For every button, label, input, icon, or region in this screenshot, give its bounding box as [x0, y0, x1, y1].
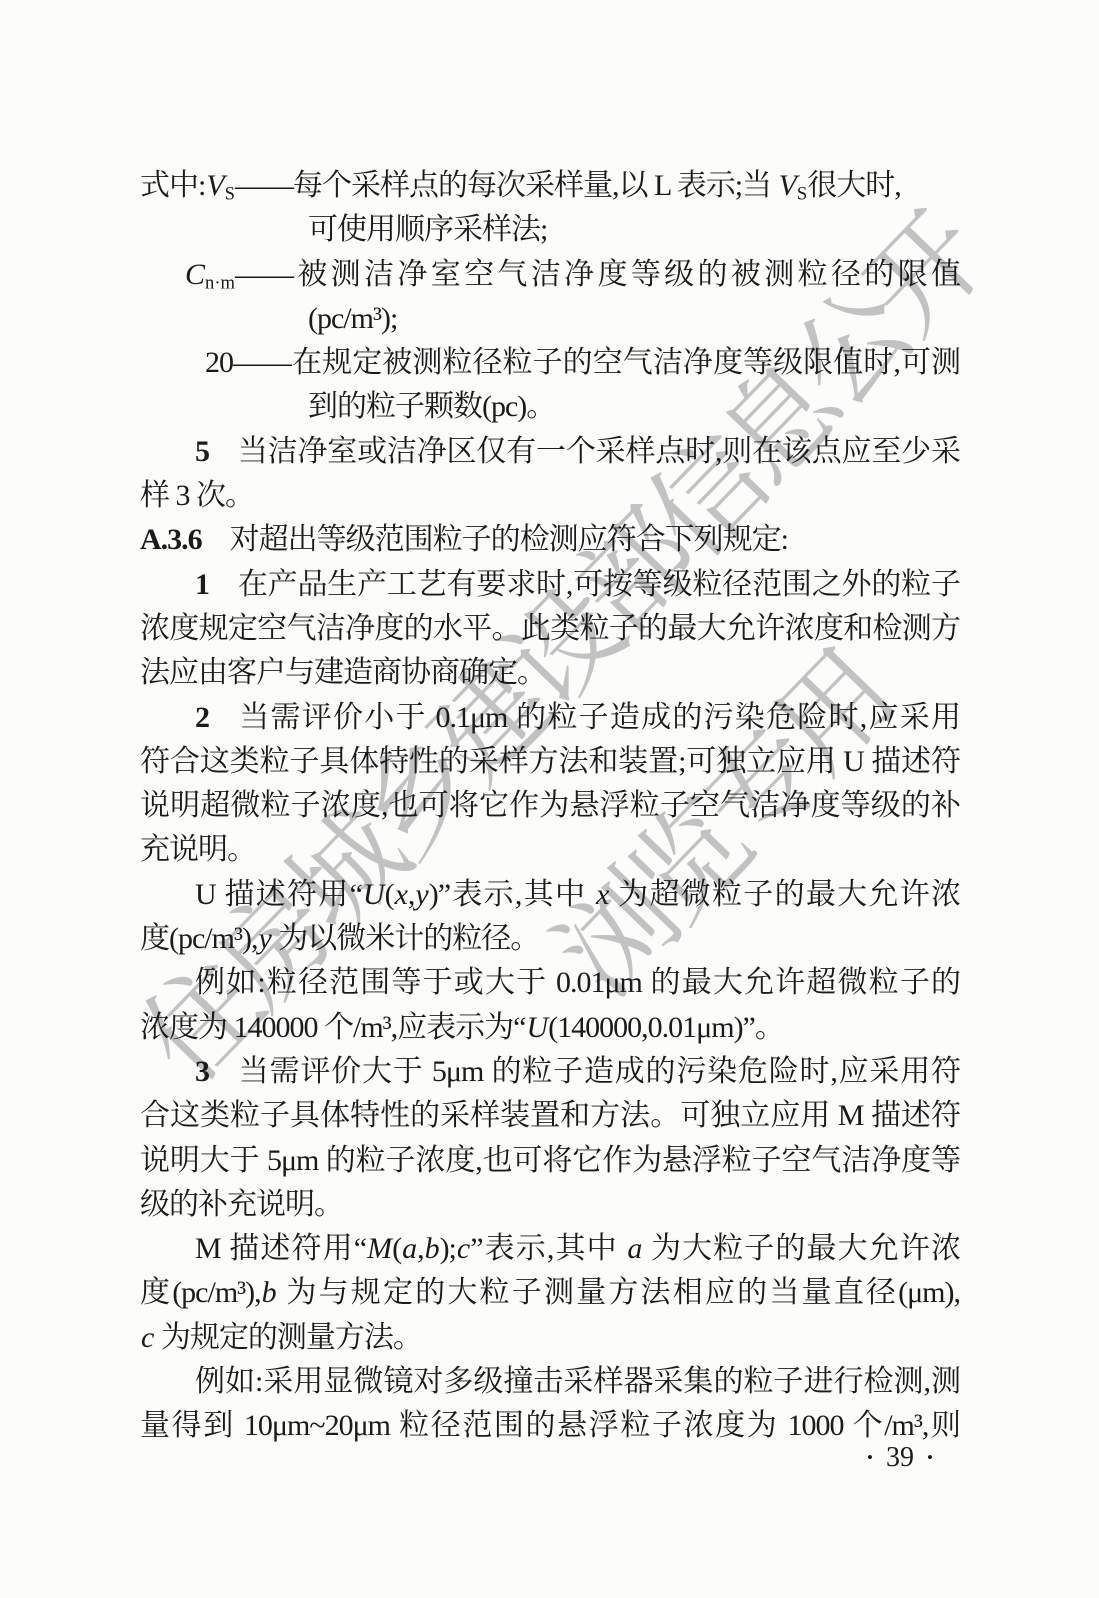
text-line: 3当需评价大于 5μm 的粒子造成的污染危险时,应采用符 [140, 1050, 960, 1094]
text-run: 被测洁净室空气洁净度等级的被测粒径的限值 [293, 258, 960, 291]
text-run: 1 [195, 568, 209, 601]
text-run: c [140, 1321, 154, 1354]
text-run: (140000,0.01μm)”。 [548, 1011, 784, 1044]
text-run: 度(pc/m³), [140, 1276, 261, 1309]
text-run: 当需评价大于 5μm 的粒子造成的污染危险时,应采用符 [237, 1055, 960, 1088]
text-run: x [394, 878, 408, 911]
text-run: 为超微粒子的最大允许浓 [609, 878, 960, 911]
text-run: 样 3 次。 [140, 479, 254, 512]
text-run: U [525, 1011, 548, 1044]
text-run: 法应由客户与建造商协商确定。 [140, 656, 546, 689]
text-run: —— [235, 169, 293, 202]
text-run: 浓度为 140000 个/m³,应表示为“ [140, 1011, 525, 1044]
text-run: 式中: [140, 169, 205, 202]
text-run: ( [385, 878, 394, 911]
text-run: S [225, 184, 235, 205]
text-run: n·m [205, 272, 235, 293]
text-line: 合这类粒子具体特性的采样装置和方法。可独立应用 M 描述符 [140, 1094, 960, 1138]
text-run: ”表示,其中 [470, 1232, 626, 1265]
text-line: 5当洁净室或洁净区仅有一个采样点时,则在该点应至少采 [140, 430, 960, 474]
text-run: x [595, 878, 609, 911]
text-run: 当需评价小于 0.1μm 的粒子造成的污染危险时,应采用 [237, 701, 960, 734]
text-run: 2 [195, 701, 209, 734]
text-run: 为与规定的大粒子测量方法相应的当量直径(μm), [277, 1276, 960, 1309]
scanned-document-page: 住房城乡建设部信息公开 浏览专用 式中:VS——每个采样点的每次采样量,以 L … [0, 0, 1099, 1598]
text-run: c [456, 1232, 470, 1265]
text-run: 说明超微粒子浓度,也可将它作为悬浮粒子空气洁净度等级的补 [140, 789, 960, 822]
text-run: U [362, 878, 385, 911]
text-line: 可使用顺序采样法; [140, 208, 960, 252]
text-run: 例如:采用显微镜对多级撞击采样器采集的粒子进行检测,测 [195, 1365, 960, 1398]
text-run: 充说明。 [140, 833, 256, 866]
text-run: y [414, 878, 428, 911]
text-line: 式中:VS——每个采样点的每次采样量,以 L 表示;当 VS很大时, [140, 164, 960, 208]
text-run: 符合这类粒子具体特性的采样方法和装置;可独立应用 U 描述符 [140, 745, 960, 778]
text-line: Cn·m——被测洁净室空气洁净度等级的被测粒径的限值 [140, 253, 960, 297]
text-run: V [205, 169, 224, 202]
page-number-dot-left: • [867, 1448, 873, 1467]
text-run: 当洁净室或洁净区仅有一个采样点时,则在该点应至少采 [237, 435, 960, 468]
text-run: 可使用顺序采样法; [308, 213, 547, 246]
text-run: A.3.6 [140, 523, 202, 556]
page-number-dot-right: • [927, 1448, 933, 1467]
text-line: A.3.6对超出等级范围粒子的检测应符合下列规定: [140, 518, 960, 562]
text-run: M 描述符用“ [195, 1232, 366, 1265]
text-run: y [257, 922, 271, 955]
text-line: 2当需评价小于 0.1μm 的粒子造成的污染危险时,应采用 [140, 696, 960, 740]
text-run: U 描述符用“ [195, 878, 362, 911]
text-line: 到的粒子颗数(pc)。 [140, 385, 960, 429]
text-line: 说明超微粒子浓度,也可将它作为悬浮粒子空气洁净度等级的补 [140, 784, 960, 828]
text-run: 到的粒子颗数(pc)。 [308, 390, 555, 423]
text-run: 为大粒子的最大允许浓 [642, 1232, 960, 1265]
text-line: 浓度规定空气洁净度的水平。此类粒子的最大允许浓度和检测方 [140, 607, 960, 651]
text-line: 浓度为 140000 个/m³,应表示为“U(140000,0.01μm)”。 [140, 1006, 960, 1050]
text-run: C [184, 258, 205, 291]
text-run: )”表示,其中 [429, 878, 595, 911]
text-run: 为以微米计的粒径。 [272, 922, 540, 955]
text-line: 度(pc/m³),y 为以微米计的粒径。 [140, 917, 960, 961]
text-line: 20——在规定被测粒径粒子的空气洁净度等级限值时,可测 [140, 341, 960, 385]
text-line: U 描述符用“U(x,y)”表示,其中 x 为超微粒子的最大允许浓 [140, 873, 960, 917]
text-run: (pc/m³); [308, 302, 397, 335]
text-line: 例如:粒径范围等于或大于 0.01μm 的最大允许超微粒子的 [140, 961, 960, 1005]
text-line: 1在产品生产工艺有要求时,可按等级粒径范围之外的粒子 [140, 563, 960, 607]
text-run: 度(pc/m³), [140, 922, 257, 955]
text-line: c 为规定的测量方法。 [140, 1316, 960, 1360]
text-run: M [366, 1232, 392, 1265]
text-run: S [797, 184, 807, 205]
text-line: 样 3 次。 [140, 474, 960, 518]
text-run: ); [440, 1232, 456, 1265]
text-run: V [778, 169, 797, 202]
document-body: 式中:VS——每个采样点的每次采样量,以 L 表示;当 VS很大时,可使用顺序采… [140, 164, 960, 1449]
text-run: 在产品生产工艺有要求时,可按等级粒径范围之外的粒子 [237, 568, 960, 601]
text-line: (pc/m³); [140, 297, 960, 341]
text-line: M 描述符用“M(a,b);c”表示,其中 a 为大粒子的最大允许浓 [140, 1227, 960, 1271]
text-run: 20—— [205, 346, 291, 379]
text-run: , [417, 1232, 424, 1265]
text-run: a [626, 1232, 642, 1265]
text-line: 说明大于 5μm 的粒子浓度,也可将它作为悬浮粒子空气洁净度等 [140, 1139, 960, 1183]
text-run: 合这类粒子具体特性的采样装置和方法。可独立应用 M 描述符 [140, 1099, 960, 1132]
text-run: 很大时, [807, 169, 901, 202]
text-run: 每个采样点的每次采样量,以 L 表示;当 [293, 169, 778, 202]
text-run: —— [235, 258, 293, 291]
text-run: 为规定的测量方法。 [154, 1321, 422, 1354]
text-run: b [424, 1232, 440, 1265]
text-line: 法应由客户与建造商协商确定。 [140, 651, 960, 695]
text-run: 对超出等级范围粒子的检测应符合下列规定: [230, 523, 788, 556]
text-run: 5 [195, 435, 209, 468]
page-number: •39• [820, 1438, 980, 1478]
text-run: 浓度规定空气洁净度的水平。此类粒子的最大允许浓度和检测方 [140, 612, 960, 645]
text-run: 在规定被测粒径粒子的空气洁净度等级限值时,可测 [291, 346, 960, 379]
text-run: 例如:粒径范围等于或大于 0.01μm 的最大允许超微粒子的 [195, 966, 960, 999]
page-number-value: 39 [886, 1442, 914, 1473]
text-line: 例如:采用显微镜对多级撞击采样器采集的粒子进行检测,测 [140, 1360, 960, 1404]
text-line: 符合这类粒子具体特性的采样方法和装置;可独立应用 U 描述符 [140, 740, 960, 784]
text-run: ( [392, 1232, 401, 1265]
text-line: 充说明。 [140, 828, 960, 872]
text-run: 3 [195, 1055, 209, 1088]
text-run: 级的补充说明。 [140, 1188, 343, 1221]
text-line: 级的补充说明。 [140, 1183, 960, 1227]
text-line: 度(pc/m³),b 为与规定的大粒子测量方法相应的当量直径(μm), [140, 1271, 960, 1315]
text-run: b [261, 1276, 277, 1309]
text-run: 说明大于 5μm 的粒子浓度,也可将它作为悬浮粒子空气洁净度等 [140, 1144, 960, 1177]
text-run: a [401, 1232, 417, 1265]
